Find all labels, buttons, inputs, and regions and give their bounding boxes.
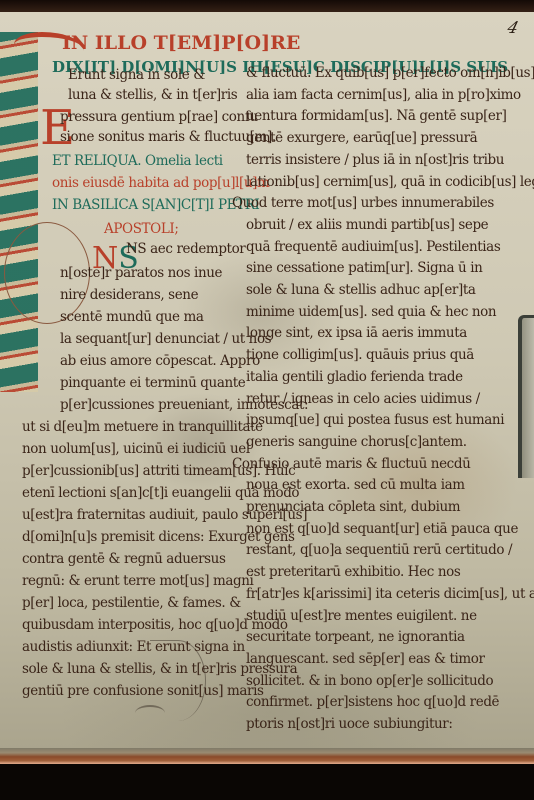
right-text-line: sollicitet. & in bono op[er]e sollicitud… — [246, 672, 493, 690]
right-text-line: minime uidem[us]. sed quia & hec non — [246, 303, 496, 321]
right-text-line: tione colligim[us]. quāuis prius quā — [246, 346, 474, 364]
left-text-line: NS aec redemptor — [126, 240, 245, 258]
left-text-line: ET RELIQUA. Omelia lecti — [52, 152, 223, 170]
right-text-line: prenunciata cōpleta sint, dubium — [246, 498, 460, 516]
right-text-line: uentura formidam[us]. Nā gentē sup[er] — [246, 107, 506, 125]
left-text-line: Erunt signa in sole & — [68, 66, 205, 84]
left-text-line: nire desiderans, sene — [60, 286, 198, 304]
right-text-line: securitate torpeant, ne ignorantia — [246, 628, 465, 646]
background-dark — [0, 764, 534, 800]
right-text-line: alia iam facta cernim[us], alia in p[ro]… — [246, 86, 521, 104]
right-text-line: generis sanguine chorus[c]antem. — [246, 433, 467, 451]
right-text-line: lationib[us] cernim[us], quā in codicib[… — [246, 173, 534, 191]
left-text-line: onis eiusdē habita ad pop[u]l[u]m — [52, 174, 269, 192]
left-text-line: audistis adiunxit: Et erunt signa in — [22, 638, 245, 656]
right-text-line: ipsumq[ue] qui postea fusus est humani — [246, 411, 504, 429]
page-clip — [518, 315, 534, 478]
right-text-line: fr[atr]es k[arissimi] ita ceteris dicim[… — [246, 585, 534, 603]
right-text-line: Confusio autē maris & fluctuū necdū — [232, 455, 470, 473]
left-text-line: luna & stellis, & in t[er]ris — [68, 86, 237, 104]
left-text-line: APOSTOLI; — [104, 220, 178, 238]
left-text-line: regnū: & erunt terre mot[us] magni — [22, 572, 253, 590]
left-text-line: pressura gentium p[rae] confu — [60, 108, 258, 126]
right-text-line: ptoris n[ost]ri uoce subiungitur: — [246, 715, 452, 733]
illuminated-initial-panel — [0, 32, 38, 392]
right-text-line: italia gentili gladio ferienda trade — [246, 368, 463, 386]
left-text-line: n[oste]r paratos nos inue — [60, 264, 222, 282]
left-text-line: gentiū pre confusione sonit[us] maris — [22, 682, 264, 700]
right-text-line: sine cessatione patim[ur]. Signa ū in — [246, 259, 482, 277]
right-text-line: sole & luna & stellis adhuc ap[er]ta — [246, 281, 476, 299]
left-text-line: la sequant[ur] denunciat / ut nos — [60, 330, 271, 348]
right-text-line: languescant. sed sēp[er] eas & timor — [246, 650, 485, 668]
right-text-line: & fluctuū. Ex quib[us] p[er]fecto om[n]i… — [246, 64, 534, 82]
right-text-line: non est q[uo]d sequant[ur] etiā pauca qu… — [246, 520, 518, 538]
left-text-line: scentē mundū que ma — [60, 308, 204, 326]
left-text-line: IN BASILICA S[AN]C[T]I PETRI — [52, 196, 259, 214]
right-text-line: obruit / ex aliis mundi partib[us] sepe — [246, 216, 488, 234]
left-text-line: ab eius amore cōpescat. Appro — [60, 352, 260, 370]
left-text-line: pinquante ei terminū quante — [60, 374, 245, 392]
right-text-line: Quod terre mot[us] urbes innumerabiles — [232, 194, 494, 212]
page-bottom-edge — [0, 748, 534, 764]
left-text-line: p[er] loca, pestilentie, & fames. & — [22, 594, 241, 612]
left-text-line: contra gentē & regnū aduersus — [22, 550, 225, 568]
right-text-line: est preteritarū exhibitio. Hec nos — [246, 563, 460, 581]
heading-line-1: IN ILLO T[EM]P[O]RE — [62, 34, 300, 52]
right-text-line: noua est exorta. sed cū multa iam — [246, 476, 465, 494]
right-text-line: restant, q[uo]a sequentiū rerū certitudo… — [246, 541, 512, 559]
right-text-line: retur / igneas in celo acies uidimus / — [246, 390, 480, 408]
margin-sketch-bird — [135, 705, 165, 721]
left-text-line: sione sonitus maris & fluctuu[m]. — [60, 128, 276, 146]
right-text-line: quā frequentē audiuim[us]. Pestilentias — [246, 238, 500, 256]
right-text-line: terris insistere / plus iā in n[ost]ris … — [246, 151, 504, 169]
right-text-line: gentē exurgere, earūq[ue] pressurā — [246, 129, 477, 147]
left-text-line: ut si d[eu]m metuere in tranquillitate — [22, 418, 263, 436]
left-text-line: non uolum[us], uicinū ei iudiciū uel — [22, 440, 250, 458]
right-text-line: longe sint, ex ipsa iā aeris immuta — [246, 324, 467, 342]
right-text-line: confirmet. p[er]sistens hoc q[uo]d redē — [246, 693, 499, 711]
right-text-line: studiū u[est]re mentes euigilent. ne — [246, 607, 477, 625]
